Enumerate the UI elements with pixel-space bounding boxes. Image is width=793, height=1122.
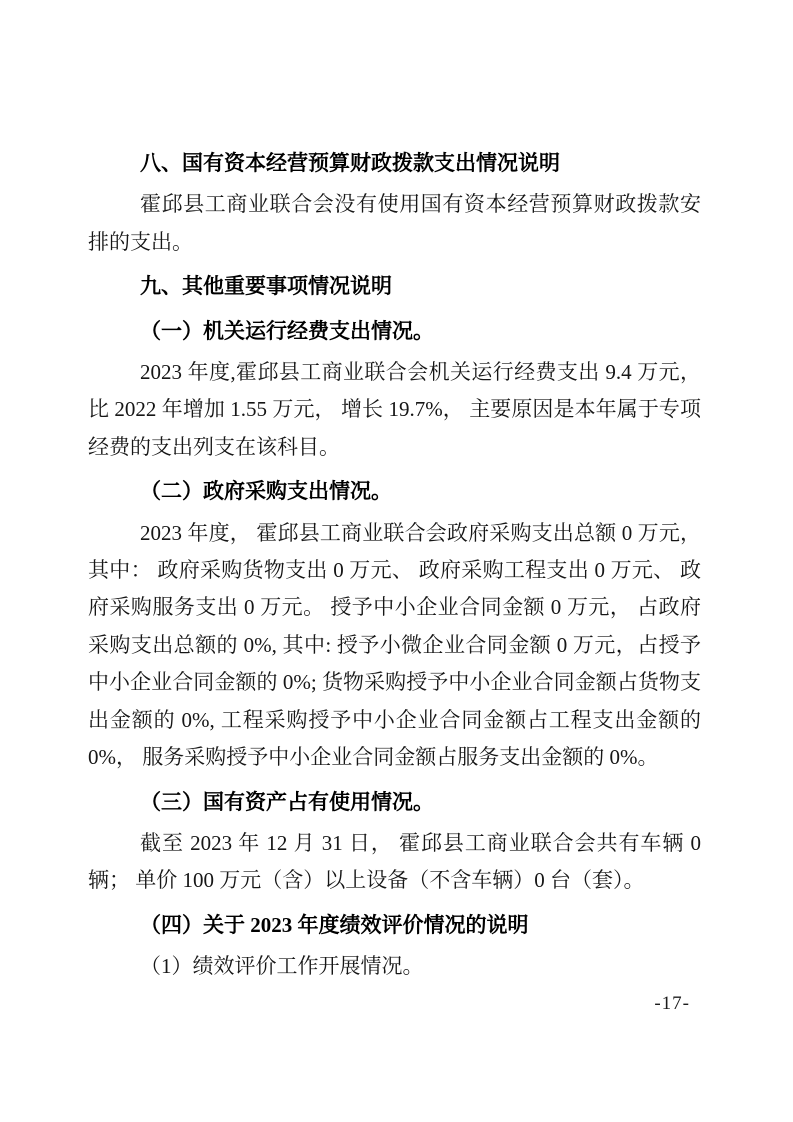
paragraph-operating-funds: 2023 年度,霍邱县工商业联合会机关运行经费支出 9.4 万元，比 2022 … <box>88 354 701 466</box>
page-number: -17- <box>654 993 690 1015</box>
subsection-heading-3-state-assets: （三）国有资产占有使用情况。 <box>88 784 701 821</box>
section-heading-9: 九、其他重要事项情况说明 <box>88 268 701 305</box>
subsection-heading-2-procurement: （二）政府采购支出情况。 <box>88 473 701 510</box>
paragraph-state-capital: 霍邱县工商业联合会没有使用国有资本经营预算财政拨款安排的支出。 <box>88 186 701 261</box>
document-content: 八、国有资本经营预算财政拨款支出情况说明 霍邱县工商业联合会没有使用国有资本经营… <box>88 138 701 986</box>
paragraph-state-assets: 截至 2023 年 12 月 31 日， 霍邱县工商业联合会共有车辆 0 辆； … <box>88 825 701 900</box>
document-page: 八、国有资本经营预算财政拨款支出情况说明 霍邱县工商业联合会没有使用国有资本经营… <box>0 0 793 1122</box>
paragraph-performance-evaluation: （1）绩效评价工作开展情况。 <box>88 948 701 985</box>
subsection-heading-1-operating-funds: （一）机关运行经费支出情况。 <box>88 313 701 350</box>
section-heading-8: 八、国有资本经营预算财政拨款支出情况说明 <box>88 145 701 182</box>
subsection-heading-4-performance-evaluation: （四）关于 2023 年度绩效评价情况的说明 <box>88 907 701 944</box>
paragraph-procurement: 2023 年度， 霍邱县工商业联合会政府采购支出总额 0 万元，其中： 政府采购… <box>88 515 701 777</box>
